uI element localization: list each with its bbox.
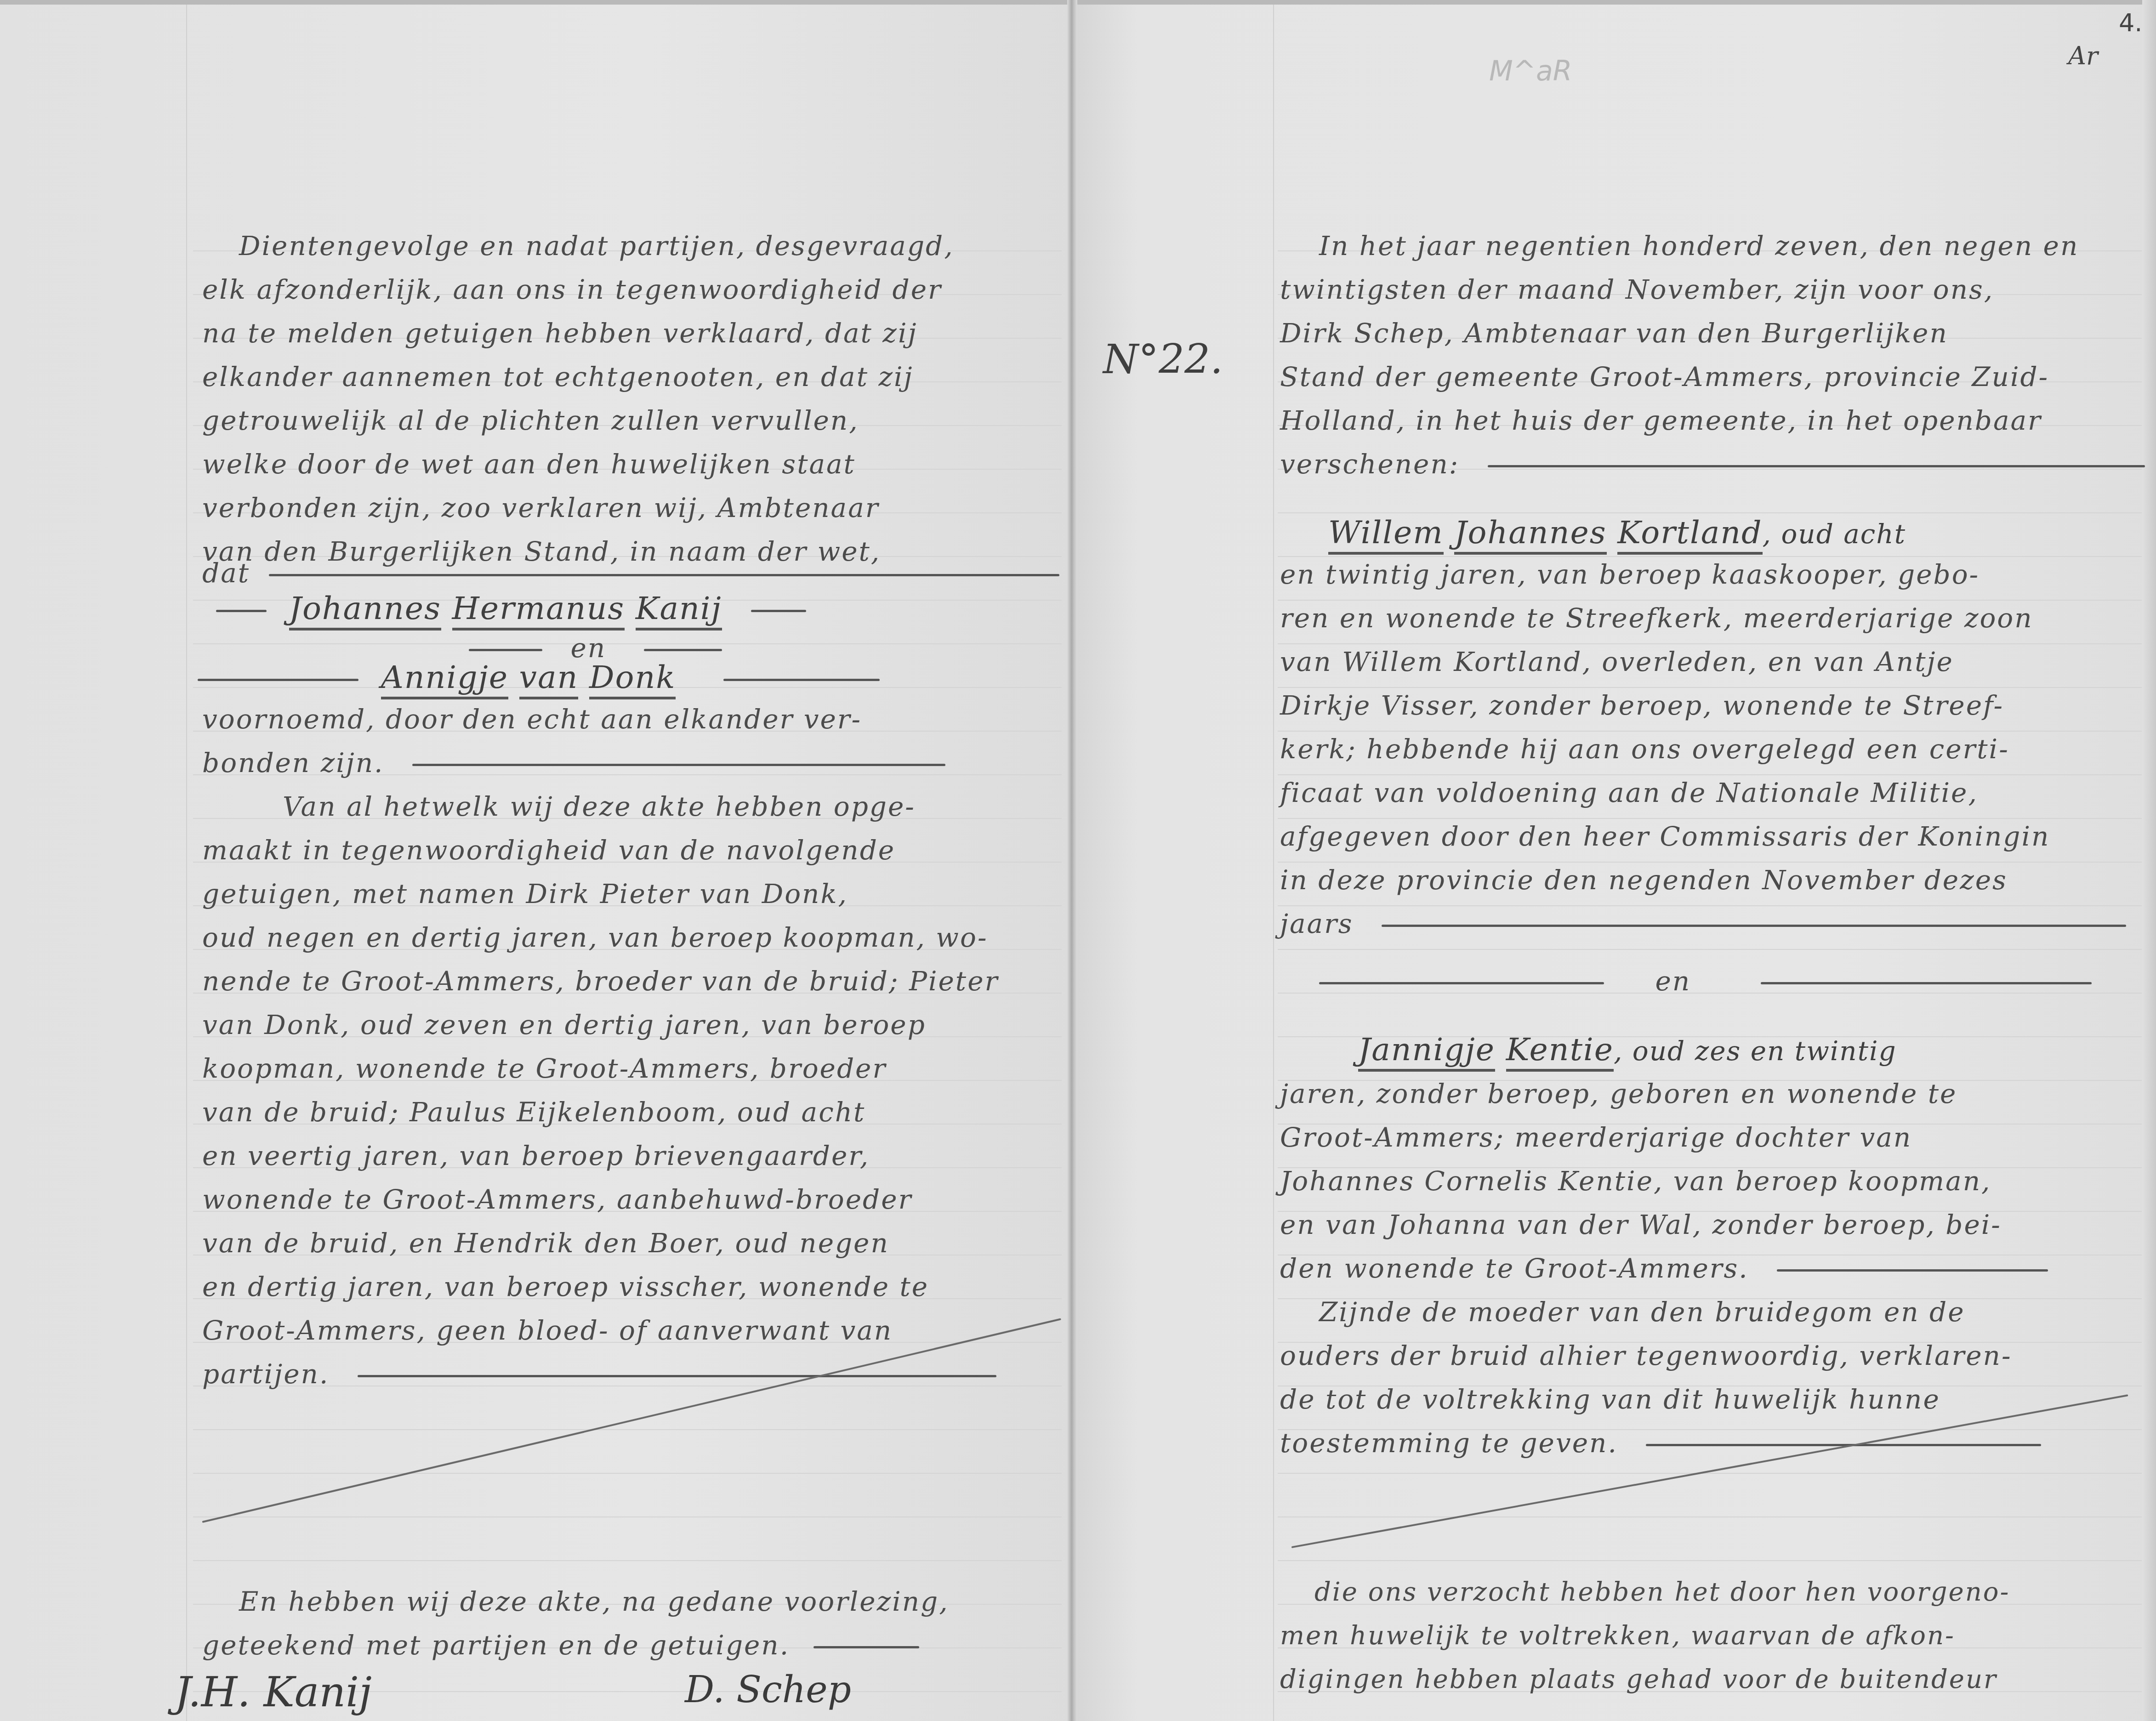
groom-last-name: Kanij (636, 591, 722, 630)
ruled-line (1278, 1473, 2142, 1474)
text-line: men huwelijk te voltrekken, waarvan de a… (1280, 1620, 1955, 1652)
text-line: ouders der bruid alhier tegenwoordig, ve… (1280, 1340, 2012, 1372)
ruled-line (1278, 731, 2142, 732)
groom-last-name: Kortland (1617, 515, 1762, 555)
ruled-line (1278, 905, 2142, 906)
conjunction: en (1655, 966, 1691, 997)
page-right-edge (2142, 0, 2156, 1721)
text-line: getuigen, met namen Dirk Pieter van Donk… (202, 878, 848, 910)
text-line: twintigsten der maand November, zijn voo… (1280, 273, 1994, 306)
text-line: nende te Groot-Ammers, broeder van de br… (202, 965, 999, 997)
conjunction-line: en (1319, 965, 2092, 997)
text-line: koopman, wonende te Groot-Ammers, broede… (202, 1052, 887, 1085)
text-line: digingen hebben plaats gehad voor de bui… (1280, 1664, 1997, 1696)
right-page-margin-line (1273, 5, 1274, 1721)
ruled-line (1278, 818, 2142, 819)
fill-line (1382, 925, 2126, 927)
text-line: die ons verzocht hebben het door hen voo… (1314, 1576, 2010, 1608)
text-line: na te melden getuigen hebben verklaard, … (202, 317, 917, 349)
text-line: Dirk Schep, Ambtenaar van den Burgerlijk… (1280, 317, 1948, 349)
fill-line (644, 649, 722, 651)
text-line: ren en wonende te Streefkerk, meerderjar… (1280, 602, 2033, 634)
text-line: de tot de voltrekking van dit huwelijk h… (1280, 1383, 1940, 1415)
text-line: van de bruid; Paulus Eijkelenboom, oud a… (202, 1096, 865, 1128)
text-line: maakt in tegenwoordigheid van de navolge… (202, 834, 895, 866)
record-number: N°22. (1103, 335, 1223, 383)
groom-first-name: Johannes (289, 591, 441, 630)
page-number: 4. (2119, 8, 2143, 37)
text-fragment: jaars (1280, 908, 1354, 939)
text-line: Groot-Ammers; meerderjarige dochter van (1280, 1121, 1912, 1153)
left-page-margin-line (186, 5, 187, 1721)
fill-line (269, 574, 1059, 576)
fill-line (1761, 982, 2092, 984)
bride-name-line: Jannigje Kentie, oud zes en twintig (1358, 1034, 1897, 1067)
text-line: elk afzonderlijk, aan ons in tegenwoordi… (202, 273, 942, 306)
dat-word: dat (202, 557, 250, 589)
groom-name-line: Johannes Hermanus Kanij (216, 593, 806, 625)
text-line: en van Johanna van der Wal, zonder beroe… (1280, 1209, 2002, 1241)
pencil-annotation: M^aR (1489, 55, 1572, 87)
text-fragment: den wonende te Groot-Ammers. (1280, 1253, 1749, 1284)
ruled-line (193, 1517, 1062, 1517)
text-line: jaars (1280, 908, 2126, 940)
bride-first-name: Annigje (381, 659, 508, 699)
text-line: welke door de wet aan den huwelijken sta… (202, 448, 856, 480)
text-line: den wonende te Groot-Ammers. (1280, 1252, 2048, 1284)
text-line: van de bruid, en Hendrik den Boer, oud n… (202, 1227, 889, 1259)
fill-line (358, 1375, 996, 1377)
text-line: en dertig jaren, van beroep visscher, wo… (202, 1271, 929, 1303)
ruled-line (1278, 556, 2142, 557)
text-line: In het jaar negentien honderd zeven, den… (1319, 230, 2079, 262)
ruled-line (1278, 643, 2142, 644)
text-line: dat (202, 557, 1059, 589)
fill-line (469, 649, 542, 651)
ruled-line (1278, 862, 2142, 863)
text-line: van Donk, oud zeven en dertig jaren, van… (202, 1009, 926, 1041)
bride-name-line: Annigje van Donk (198, 662, 880, 694)
text-fragment: verschenen: (1280, 449, 1459, 480)
fill-line (198, 679, 358, 681)
fill-line (1488, 465, 2145, 467)
text-line: Holland, in het huis der gemeente, in he… (1280, 404, 2042, 437)
text-fragment: , oud zes en twintig (1614, 1035, 1897, 1067)
text-line: geteekend met partijen en de getuigen. (202, 1629, 919, 1661)
text-line: Dientengevolge en nadat partijen, desgev… (239, 230, 954, 262)
conjunction: en (570, 632, 606, 664)
text-line: Zijnde de moeder van den bruidegom en de (1319, 1296, 1965, 1328)
groom-middle-name: Hermanus (452, 591, 625, 630)
ruled-line (193, 1560, 1062, 1561)
ruled-line (1278, 1517, 2142, 1517)
text-line: en veertig jaren, van beroep brievengaar… (202, 1140, 870, 1172)
text-line: getrouwelijk al de plichten zullen vervu… (202, 404, 859, 437)
fill-line (1319, 982, 1604, 984)
text-line: afgegeven door den heer Commissaris der … (1280, 820, 2050, 852)
official-signature: D. Schep (685, 1668, 851, 1711)
text-line: jaren, zonder beroep, geboren en wonende… (1280, 1078, 1957, 1110)
fill-line (723, 679, 880, 681)
text-line: verschenen: (1280, 448, 2145, 480)
fill-line (216, 610, 267, 612)
book-gutter (1067, 0, 1077, 1721)
text-line: Dirkje Visser, zonder beroep, wonende te… (1280, 689, 2004, 721)
groom-middle-name: Johannes (1454, 515, 1606, 555)
ruled-line (1278, 600, 2142, 601)
text-line: Johannes Cornelis Kentie, van beroep koo… (1280, 1165, 1991, 1197)
text-fragment: partijen. (202, 1358, 329, 1390)
text-line: en twintig jaren, van beroep kaaskooper,… (1280, 558, 1980, 591)
ruled-line (1278, 1560, 2142, 1561)
text-line: van Willem Kortland, overleden, en van A… (1280, 646, 1954, 678)
ruled-line (1278, 687, 2142, 688)
text-line: Van al hetwelk wij deze akte hebben opge… (283, 790, 916, 823)
text-line: elkander aannemen tot echtgenooten, en d… (202, 361, 913, 393)
signature: J.H. Kanij (175, 1668, 372, 1716)
bride-middle-name: van (519, 659, 579, 699)
text-line: Stand der gemeente Groot-Ammers, provinc… (1280, 361, 2049, 393)
text-line: bonden zijn. (202, 747, 945, 779)
text-line: Groot-Ammers, geen bloed- of aanverwant … (202, 1314, 893, 1346)
corner-mark: Ar (2068, 41, 2098, 70)
groom-first-name: Willem (1328, 515, 1444, 555)
ruled-line (193, 1429, 1062, 1430)
text-line: En hebben wij deze akte, na gedane voorl… (239, 1585, 949, 1618)
ruled-line (193, 1473, 1062, 1474)
text-fragment: bonden zijn. (202, 747, 384, 778)
text-fragment: , oud acht (1763, 518, 1906, 550)
text-line: verbonden zijn, zoo verklaren wij, Ambte… (202, 492, 879, 524)
text-line: ficaat van voldoening aan de Nationale M… (1280, 777, 1978, 809)
text-fragment: toestemming te geven. (1280, 1427, 1618, 1459)
fill-line (751, 610, 806, 612)
fill-line (412, 764, 945, 766)
groom-name-line: Willem Johannes Kortland, oud acht (1328, 517, 1906, 550)
text-line: in deze provincie den negenden November … (1280, 864, 2008, 896)
text-line: voornoemd, door den echt aan elkander ve… (202, 703, 862, 735)
ruled-line (1278, 774, 2142, 775)
bride-first-name: Jannigje (1358, 1032, 1495, 1072)
text-line: oud negen en dertig jaren, van beroep ko… (202, 921, 988, 954)
text-line: wonende te Groot-Ammers, aanbehuwd-broed… (202, 1183, 912, 1215)
bride-last-name: Donk (589, 659, 676, 699)
ruled-line (1278, 949, 2142, 950)
register-spread: Dientengevolge en nadat partijen, desgev… (0, 0, 2156, 1721)
fill-line (813, 1646, 919, 1648)
fill-line (1777, 1269, 2048, 1272)
book-top-edge (0, 0, 2156, 5)
text-line: kerk; hebbende hij aan ons overgelegd ee… (1280, 733, 2009, 765)
text-fragment: geteekend met partijen en de getuigen. (202, 1630, 790, 1661)
ruled-line (1278, 512, 2142, 513)
bride-last-name: Kentie (1506, 1032, 1614, 1072)
